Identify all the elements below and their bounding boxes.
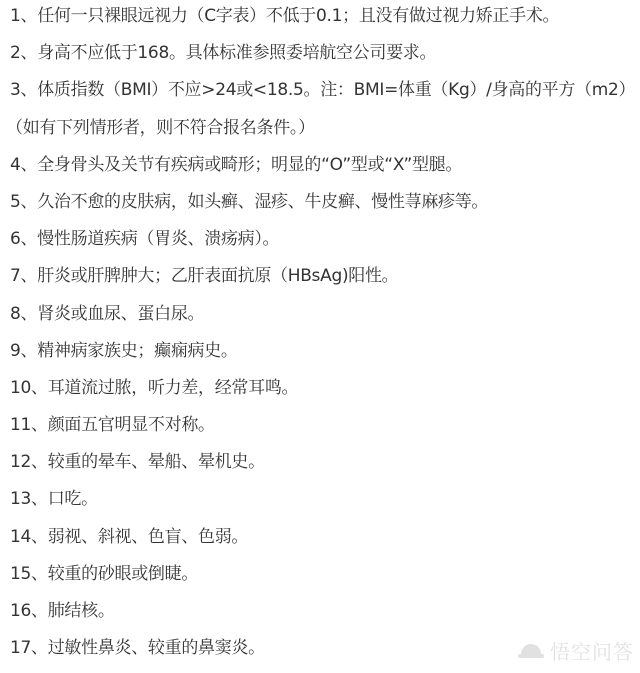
exclusion-line-16: 16、肺结核。 bbox=[10, 595, 640, 632]
exclusion-line-6: 6、慢性肠道疾病（胃炎、溃疡病）。 bbox=[10, 223, 640, 260]
exclusion-line-13: 13、口吃。 bbox=[10, 483, 640, 520]
exclusion-note: （如有下列情形者，则不符合报名条件。） bbox=[6, 112, 640, 149]
requirement-line-2: 2、身高不应低于168。具体标准参照委培航空公司要求。 bbox=[10, 37, 640, 74]
exclusion-line-11: 11、颜面五官明显不对称。 bbox=[10, 409, 640, 446]
exclusion-line-14: 14、弱视、斜视、色盲、色弱。 bbox=[10, 521, 640, 558]
exclusion-line-7: 7、肝炎或肝脾肿大；乙肝表面抗原（HBsAg)阳性。 bbox=[10, 260, 640, 297]
watermark-text: 悟空问答 bbox=[550, 636, 634, 665]
exclusion-line-15: 15、较重的砂眼或倒睫。 bbox=[10, 558, 640, 595]
exclusion-line-12: 12、较重的晕车、晕船、晕机史。 bbox=[10, 446, 640, 483]
requirement-line-1: 1、任何一只裸眼远视力（C字表）不低于0.1；且没有做过视力矫正手术。 bbox=[10, 0, 640, 37]
watermark: 悟空问答 bbox=[518, 636, 634, 665]
exclusion-line-8: 8、肾炎或血尿、蛋白尿。 bbox=[10, 298, 640, 335]
exclusion-line-9: 9、精神病家族史；癫痫病史。 bbox=[10, 335, 640, 372]
exclusion-line-4: 4、全身骨头及关节有疾病或畸形；明显的“O”型或“X”型腿。 bbox=[10, 149, 640, 186]
exclusion-line-5: 5、久治不愈的皮肤病，如头癣、湿疹、牛皮癣、慢性荨麻疹等。 bbox=[10, 186, 640, 223]
requirement-line-3: 3、体质指数（BMI）不应>24或<18.5。注：BMI=体重（Kg）/身高的平… bbox=[10, 74, 640, 111]
exclusion-line-10: 10、耳道流过脓，听力差，经常耳鸣。 bbox=[10, 372, 640, 409]
wukong-logo-icon bbox=[518, 644, 544, 658]
requirements-document: 1、任何一只裸眼远视力（C字表）不低于0.1；且没有做过视力矫正手术。 2、身高… bbox=[10, 0, 640, 669]
